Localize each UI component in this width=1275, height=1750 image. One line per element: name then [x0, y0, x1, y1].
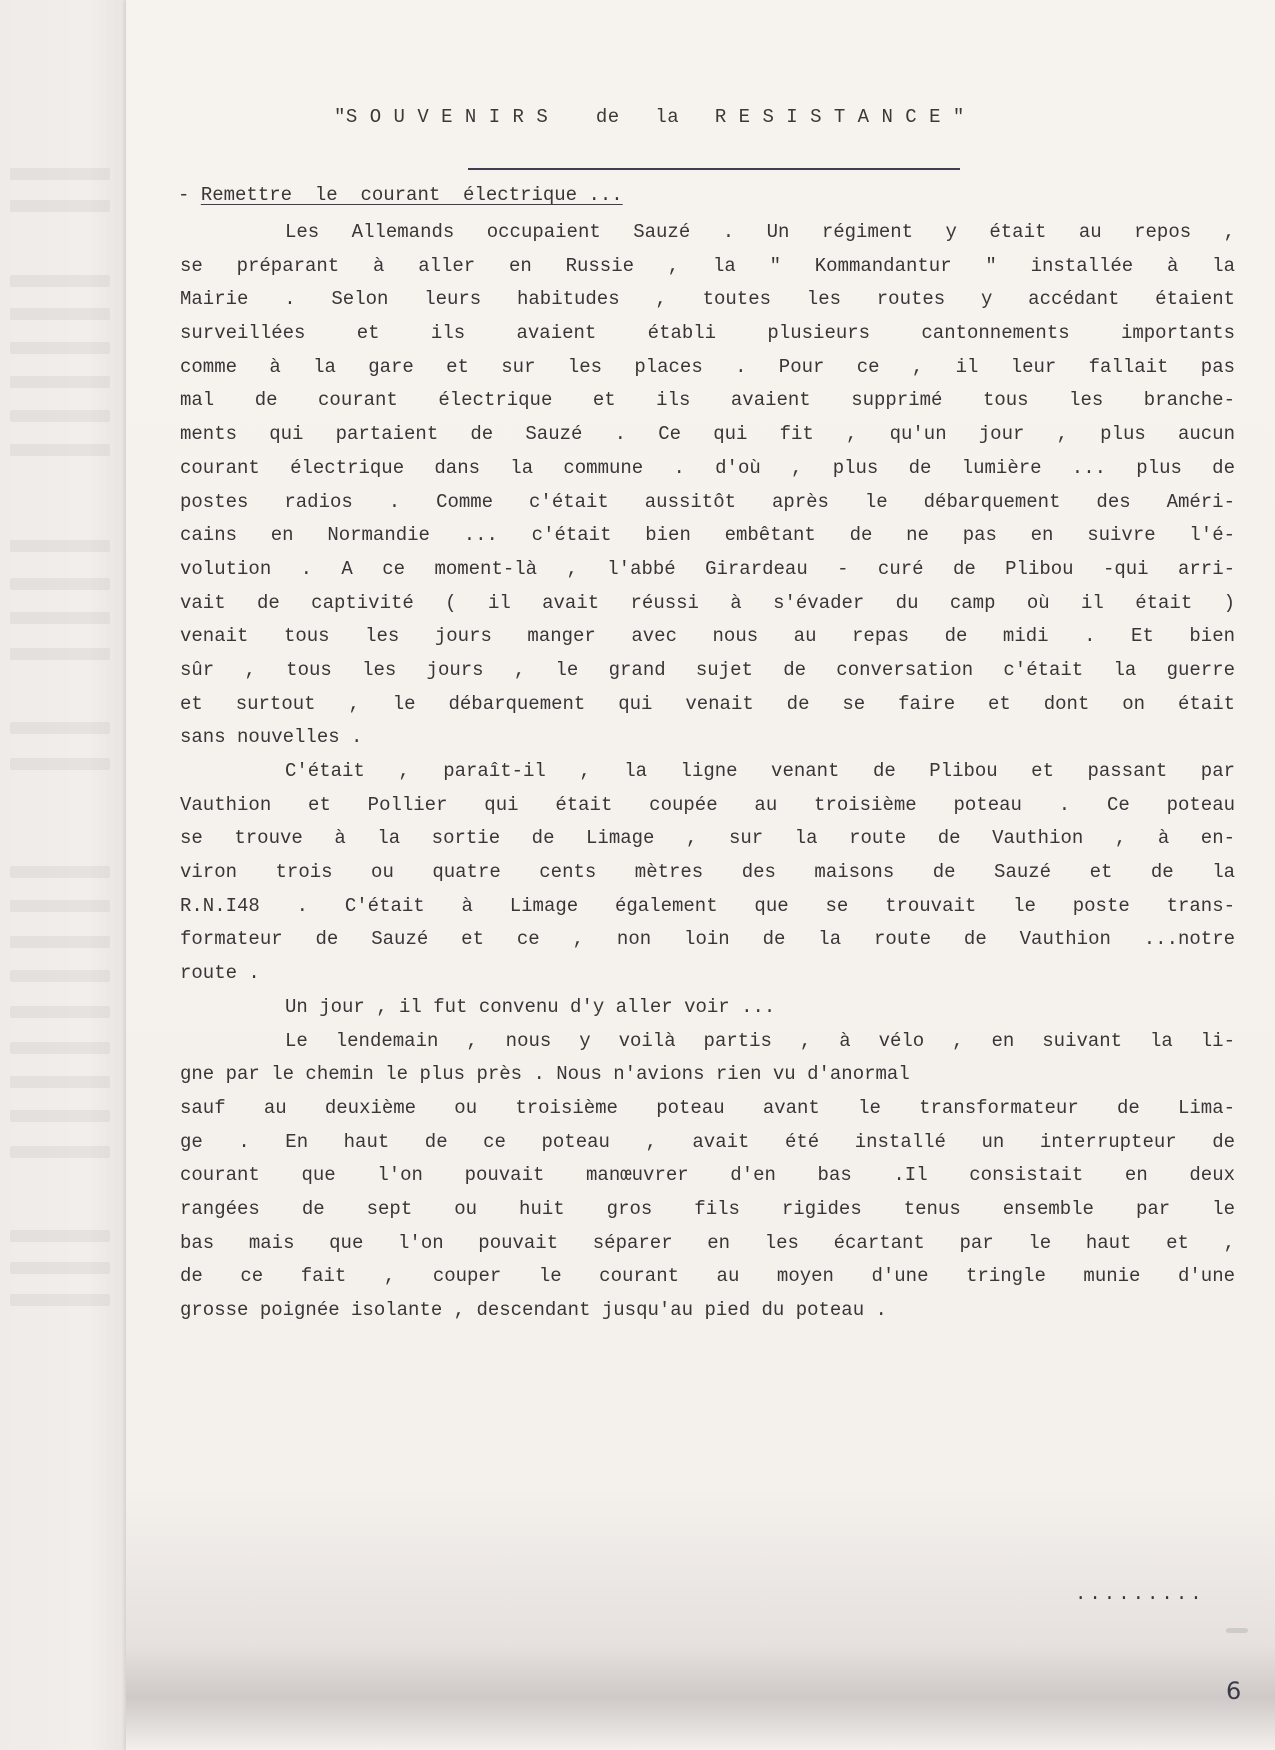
text-line: gne par le chemin le plus près . Nous n'…: [180, 1058, 1235, 1092]
text-line: grosse poignée isolante , descendant jus…: [180, 1294, 1235, 1328]
text-line: postes radios . Comme c'était aussitôt a…: [180, 486, 1235, 520]
continuation-mark: .........: [1075, 1583, 1205, 1605]
ghost-text-block: [10, 1146, 110, 1158]
ghost-text-block: [10, 1294, 110, 1306]
ghost-text-block: [10, 900, 110, 912]
ghost-text-block: [10, 1042, 110, 1054]
pencil-smudge: [1226, 1628, 1248, 1633]
ghost-text-block: [10, 444, 110, 456]
text-line: comme à la gare et sur les places . Pour…: [180, 351, 1235, 385]
underlying-page-margin: [0, 0, 126, 1750]
text-line: courant que l'on pouvait manœuvrer d'en …: [180, 1159, 1235, 1193]
ghost-text-block: [10, 612, 110, 624]
ghost-text-block: [10, 168, 110, 180]
text-line: C'était , paraît-il , la ligne venant de…: [180, 755, 1235, 789]
ghost-text-block: [10, 540, 110, 552]
ghost-text-block: [10, 758, 110, 770]
ghost-text-block: [10, 936, 110, 948]
text-line: Vauthion et Pollier qui était coupée au …: [180, 789, 1235, 823]
text-line: ments qui partaient de Sauzé . Ce qui fi…: [180, 418, 1235, 452]
text-line: sans nouvelles .: [180, 721, 1235, 755]
ghost-text-block: [10, 275, 110, 287]
ghost-text-block: [10, 1006, 110, 1018]
text-line: Un jour , il fut convenu d'y aller voir …: [180, 991, 1235, 1025]
ghost-text-block: [10, 1076, 110, 1088]
heading-dash: -: [178, 184, 201, 206]
text-line: R.N.I48 . C'était à Limage également que…: [180, 890, 1235, 924]
text-line: sûr , tous les jours , le grand sujet de…: [180, 654, 1235, 688]
text-line: vait de captivité ( il avait réussi à s'…: [180, 587, 1235, 621]
section-heading: - Remettre le courant électrique ...: [178, 184, 623, 206]
text-line: courant électrique dans la commune . d'o…: [180, 452, 1235, 486]
text-line: cains en Normandie ... c'était bien embê…: [180, 519, 1235, 553]
body-text: Les Allemands occupaient Sauzé . Un régi…: [180, 216, 1235, 1328]
text-line: sauf au deuxième ou troisième poteau ava…: [180, 1092, 1235, 1126]
ghost-text-block: [10, 970, 110, 982]
text-line: mal de courant électrique et ils avaient…: [180, 384, 1235, 418]
text-line: et surtout , le débarquement qui venait …: [180, 688, 1235, 722]
document-title: "S O U V E N I R S de la R E S I S T A N…: [334, 106, 1094, 128]
text-line: Les Allemands occupaient Sauzé . Un régi…: [180, 216, 1235, 250]
ghost-text-block: [10, 342, 110, 354]
ghost-text-block: [10, 722, 110, 734]
ghost-text-block: [10, 578, 110, 590]
text-line: se préparant à aller en Russie , la " Ko…: [180, 250, 1235, 284]
text-line: de ce fait , couper le courant au moyen …: [180, 1260, 1235, 1294]
text-line: Le lendemain , nous y voilà partis , à v…: [180, 1025, 1235, 1059]
text-line: route .: [180, 957, 1235, 991]
heading-text: Remettre le courant électrique ...: [201, 184, 623, 206]
ghost-text-block: [10, 648, 110, 660]
ghost-text-block: [10, 200, 110, 212]
page-number: 6: [1226, 1677, 1241, 1705]
text-line: volution . A ce moment-là , l'abbé Girar…: [180, 553, 1235, 587]
ghost-text-block: [10, 1230, 110, 1242]
ghost-text-block: [10, 1110, 110, 1122]
text-line: bas mais que l'on pouvait séparer en les…: [180, 1227, 1235, 1261]
ghost-text-block: [10, 410, 110, 422]
text-line: surveillées et ils avaient établi plusie…: [180, 317, 1235, 351]
ghost-text-block: [10, 1262, 110, 1274]
ghost-text-block: [10, 866, 110, 878]
ghost-text-block: [10, 376, 110, 388]
text-line: venait tous les jours manger avec nous a…: [180, 620, 1235, 654]
ghost-text-block: [10, 308, 110, 320]
text-line: formateur de Sauzé et ce , non loin de l…: [180, 923, 1235, 957]
text-line: Mairie . Selon leurs habitudes , toutes …: [180, 283, 1235, 317]
text-line: rangées de sept ou huit gros fils rigide…: [180, 1193, 1235, 1227]
text-line: viron trois ou quatre cents mètres des m…: [180, 856, 1235, 890]
title-divider-rule: [468, 168, 960, 170]
text-line: se trouve à la sortie de Limage , sur la…: [180, 822, 1235, 856]
text-line: ge . En haut de ce poteau , avait été in…: [180, 1126, 1235, 1160]
